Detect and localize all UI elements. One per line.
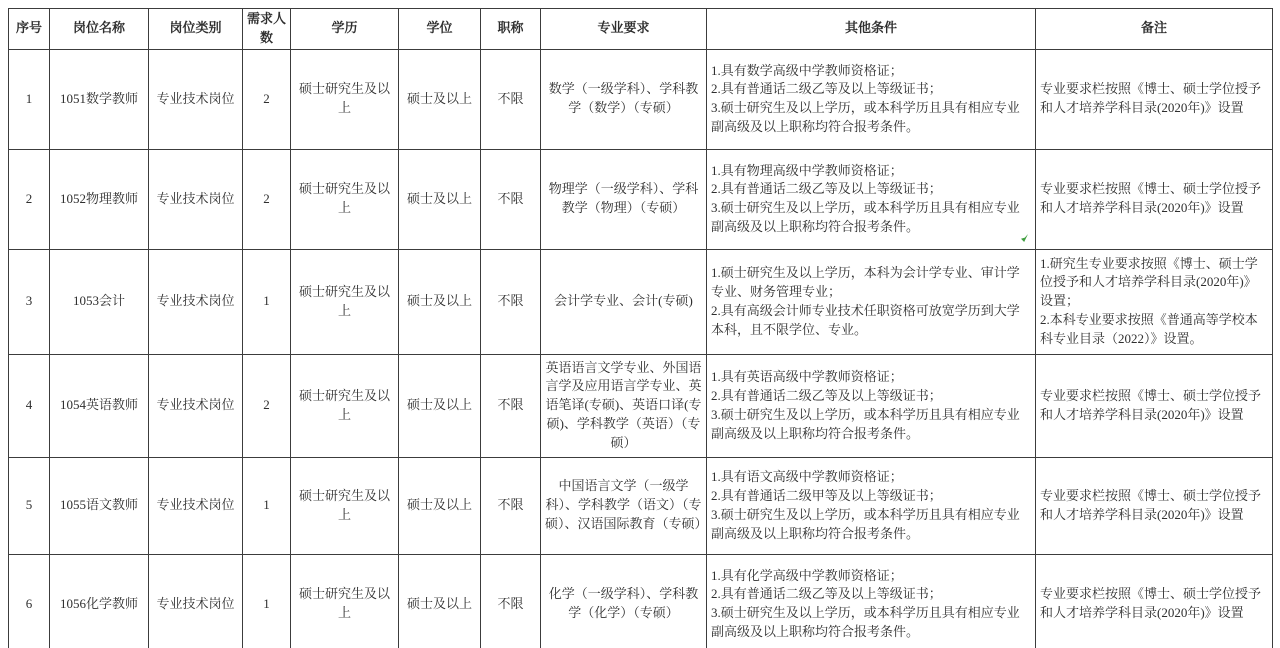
cell-degree: 硕士及以上 <box>399 354 481 457</box>
cell-remark: 专业要求栏按照《博士、硕士学位授予和人才培养学科目录(2020年)》设置 <box>1036 554 1273 648</box>
cell-title: 不限 <box>481 554 541 648</box>
table-body: 11051数学教师专业技术岗位2硕士研究生及以上硕士及以上不限数学（一级学科）、… <box>9 49 1273 648</box>
cell-degree: 硕士及以上 <box>399 49 481 149</box>
column-header-remark: 备注 <box>1036 9 1273 50</box>
cell-num: 4 <box>9 354 50 457</box>
cell-num: 5 <box>9 457 50 554</box>
cell-remark: 1.研究生专业要求按照《博士、硕士学位授予和人才培养学科目录(2020年)》设置… <box>1036 249 1273 354</box>
table-row: 11051数学教师专业技术岗位2硕士研究生及以上硕士及以上不限数学（一级学科）、… <box>9 49 1273 149</box>
cell-count: 1 <box>243 457 291 554</box>
table-header: 序号岗位名称岗位类别需求人数学历学位职称专业要求其他条件备注 <box>9 9 1273 50</box>
cell-name: 1052物理教师 <box>50 149 149 249</box>
table-row: 51055语文教师专业技术岗位1硕士研究生及以上硕士及以上不限中国语言文学（一级… <box>9 457 1273 554</box>
cell-major: 中国语言文学（一级学科）、学科教学（语文）（专硕）、汉语国际教育（专硕） <box>541 457 707 554</box>
cell-count: 1 <box>243 554 291 648</box>
cell-count: 2 <box>243 49 291 149</box>
header-row: 序号岗位名称岗位类别需求人数学历学位职称专业要求其他条件备注 <box>9 9 1273 50</box>
column-header-education: 学历 <box>291 9 399 50</box>
cell-degree: 硕士及以上 <box>399 149 481 249</box>
column-header-name: 岗位名称 <box>50 9 149 50</box>
cell-education: 硕士研究生及以上 <box>291 354 399 457</box>
cell-name: 1055语文教师 <box>50 457 149 554</box>
cell-count: 1 <box>243 249 291 354</box>
cell-title: 不限 <box>481 149 541 249</box>
cell-major: 英语语言文学专业、外国语言学及应用语言学专业、英语笔译(专硕)、英语口译(专硕)… <box>541 354 707 457</box>
cell-other: 1.具有语文高级中学教师资格证； 2.具有普通话二级甲等及以上等级证书； 3.硕… <box>707 457 1036 554</box>
cell-category: 专业技术岗位 <box>149 49 243 149</box>
table-row: 21052物理教师专业技术岗位2硕士研究生及以上硕士及以上不限物理学（一级学科）… <box>9 149 1273 249</box>
cell-degree: 硕士及以上 <box>399 457 481 554</box>
cell-title: 不限 <box>481 354 541 457</box>
cell-degree: 硕士及以上 <box>399 554 481 648</box>
cell-name: 1054英语教师 <box>50 354 149 457</box>
cell-name: 1051数学教师 <box>50 49 149 149</box>
cell-name: 1056化学教师 <box>50 554 149 648</box>
cell-title: 不限 <box>481 49 541 149</box>
cell-category: 专业技术岗位 <box>149 249 243 354</box>
cell-num: 1 <box>9 49 50 149</box>
cell-num: 3 <box>9 249 50 354</box>
table-row: 31053会计专业技术岗位1硕士研究生及以上硕士及以上不限会计学专业、会计(专硕… <box>9 249 1273 354</box>
cell-title: 不限 <box>481 457 541 554</box>
cell-category: 专业技术岗位 <box>149 149 243 249</box>
table-row: 61056化学教师专业技术岗位1硕士研究生及以上硕士及以上不限化学（一级学科）、… <box>9 554 1273 648</box>
cell-other: 1.硕士研究生及以上学历，本科为会计学专业、审计学专业、财务管理专业； 2.具有… <box>707 249 1036 354</box>
job-positions-table: 序号岗位名称岗位类别需求人数学历学位职称专业要求其他条件备注 11051数学教师… <box>8 8 1273 648</box>
cell-other: 1.具有数学高级中学教师资格证； 2.具有普通话二级乙等及以上等级证书； 3.硕… <box>707 49 1036 149</box>
cell-count: 2 <box>243 354 291 457</box>
cell-major: 物理学（一级学科）、学科教学（物理）（专硕） <box>541 149 707 249</box>
column-header-count: 需求人数 <box>243 9 291 50</box>
cell-education: 硕士研究生及以上 <box>291 249 399 354</box>
cell-major: 数学（一级学科）、学科教学（数学）（专硕） <box>541 49 707 149</box>
cell-count: 2 <box>243 149 291 249</box>
column-header-num: 序号 <box>9 9 50 50</box>
cell-name: 1053会计 <box>50 249 149 354</box>
column-header-other: 其他条件 <box>707 9 1036 50</box>
cell-remark: 专业要求栏按照《博士、硕士学位授予和人才培养学科目录(2020年)》设置 <box>1036 457 1273 554</box>
cell-other: 1.具有物理高级中学教师资格证； 2.具有普通话二级乙等及以上等级证书； 3.硕… <box>707 149 1036 249</box>
cell-category: 专业技术岗位 <box>149 554 243 648</box>
cell-category: 专业技术岗位 <box>149 457 243 554</box>
cell-num: 6 <box>9 554 50 648</box>
column-header-category: 岗位类别 <box>149 9 243 50</box>
cell-remark: 专业要求栏按照《博士、硕士学位授予和人才培养学科目录(2020年)》设置 <box>1036 149 1273 249</box>
cell-education: 硕士研究生及以上 <box>291 149 399 249</box>
cell-num: 2 <box>9 149 50 249</box>
cell-major: 化学（一级学科）、学科教学（化学）（专硕） <box>541 554 707 648</box>
cell-other: 1.具有英语高级中学教师资格证； 2.具有普通话二级乙等及以上等级证书； 3.硕… <box>707 354 1036 457</box>
column-header-title: 职称 <box>481 9 541 50</box>
cell-category: 专业技术岗位 <box>149 354 243 457</box>
cell-remark: 专业要求栏按照《博士、硕士学位授予和人才培养学科目录(2020年)》设置 <box>1036 354 1273 457</box>
cell-education: 硕士研究生及以上 <box>291 457 399 554</box>
cell-major: 会计学专业、会计(专硕) <box>541 249 707 354</box>
page: 序号岗位名称岗位类别需求人数学历学位职称专业要求其他条件备注 11051数学教师… <box>0 0 1280 648</box>
cell-title: 不限 <box>481 249 541 354</box>
cell-degree: 硕士及以上 <box>399 249 481 354</box>
table-row: 41054英语教师专业技术岗位2硕士研究生及以上硕士及以上不限英语语言文学专业、… <box>9 354 1273 457</box>
cell-other: 1.具有化学高级中学教师资格证； 2.具有普通话二级乙等及以上等级证书； 3.硕… <box>707 554 1036 648</box>
cell-remark: 专业要求栏按照《博士、硕士学位授予和人才培养学科目录(2020年)》设置 <box>1036 49 1273 149</box>
cell-education: 硕士研究生及以上 <box>291 554 399 648</box>
cell-education: 硕士研究生及以上 <box>291 49 399 149</box>
column-header-major: 专业要求 <box>541 9 707 50</box>
column-header-degree: 学位 <box>399 9 481 50</box>
